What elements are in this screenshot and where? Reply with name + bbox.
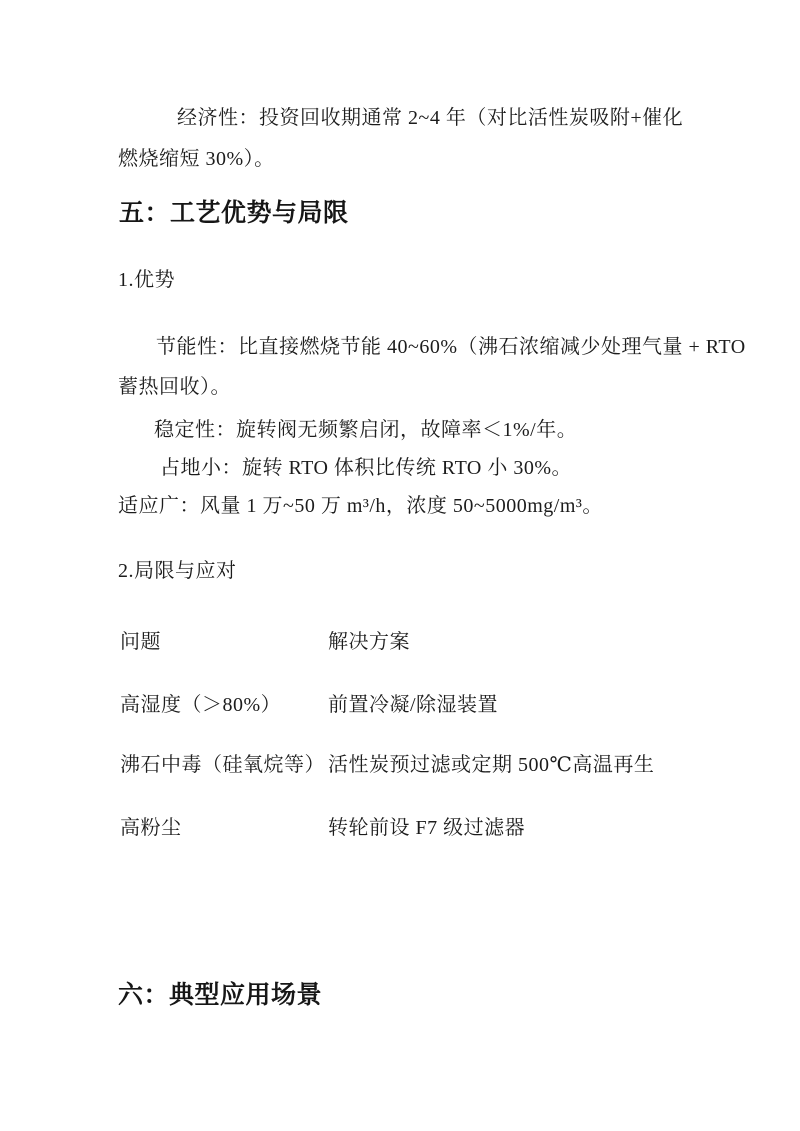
table-cell-solution: 转轮前设 F7 级过滤器 [328, 817, 525, 839]
table-cell-problem: 高湿度（＞80%） [120, 693, 328, 717]
paragraph-footprint: 占地小：旋转 RTO 体积比传统 RTO 小 30%。 [160, 456, 572, 480]
table-cell-problem: 沸石中毒（硅氧烷等） [120, 753, 328, 777]
paragraph-adaptability: 适应广：风量 1 万~50 万 m³/h，浓度 50~5000mg/m³。 [118, 494, 603, 518]
paragraph-economy-line1: 经济性：投资回收期通常 2~4 年（对比活性炭吸附+催化 [177, 106, 683, 130]
section-heading-six: 六：典型应用场景 [118, 982, 322, 1010]
table-cell-problem: 高粉尘 [120, 816, 328, 840]
table-header-solution: 解决方案 [328, 631, 410, 653]
table-header-row: 问题解决方案 [120, 630, 410, 654]
table-header-problem: 问题 [120, 630, 328, 654]
table-row: 高湿度（＞80%）前置冷凝/除湿装置 [120, 693, 498, 717]
table-cell-solution: 前置冷凝/除湿装置 [328, 694, 498, 716]
paragraph-energy-line2: 蓄热回收）。 [118, 375, 231, 399]
table-row: 高粉尘转轮前设 F7 级过滤器 [120, 816, 525, 840]
paragraph-energy-line1: 节能性：比直接燃烧节能 40~60%（沸石浓缩减少处理气量 + RTO [156, 335, 746, 359]
table-row: 沸石中毒（硅氧烷等）活性炭预过滤或定期 500℃高温再生 [120, 753, 654, 777]
subsection-title-advantages: 1.优势 [118, 268, 175, 292]
document-page: 经济性：投资回收期通常 2~4 年（对比活性炭吸附+催化 燃烧缩短 30%）。 … [0, 0, 800, 1131]
paragraph-economy-line2: 燃烧缩短 30%）。 [118, 147, 275, 171]
table-cell-solution: 活性炭预过滤或定期 500℃高温再生 [328, 754, 654, 776]
section-heading-five: 五：工艺优势与局限 [119, 200, 349, 228]
subsection-title-limitations: 2.局限与应对 [118, 559, 237, 583]
paragraph-stability: 稳定性：旋转阀无频繁启闭，故障率＜1%/年。 [154, 418, 577, 442]
